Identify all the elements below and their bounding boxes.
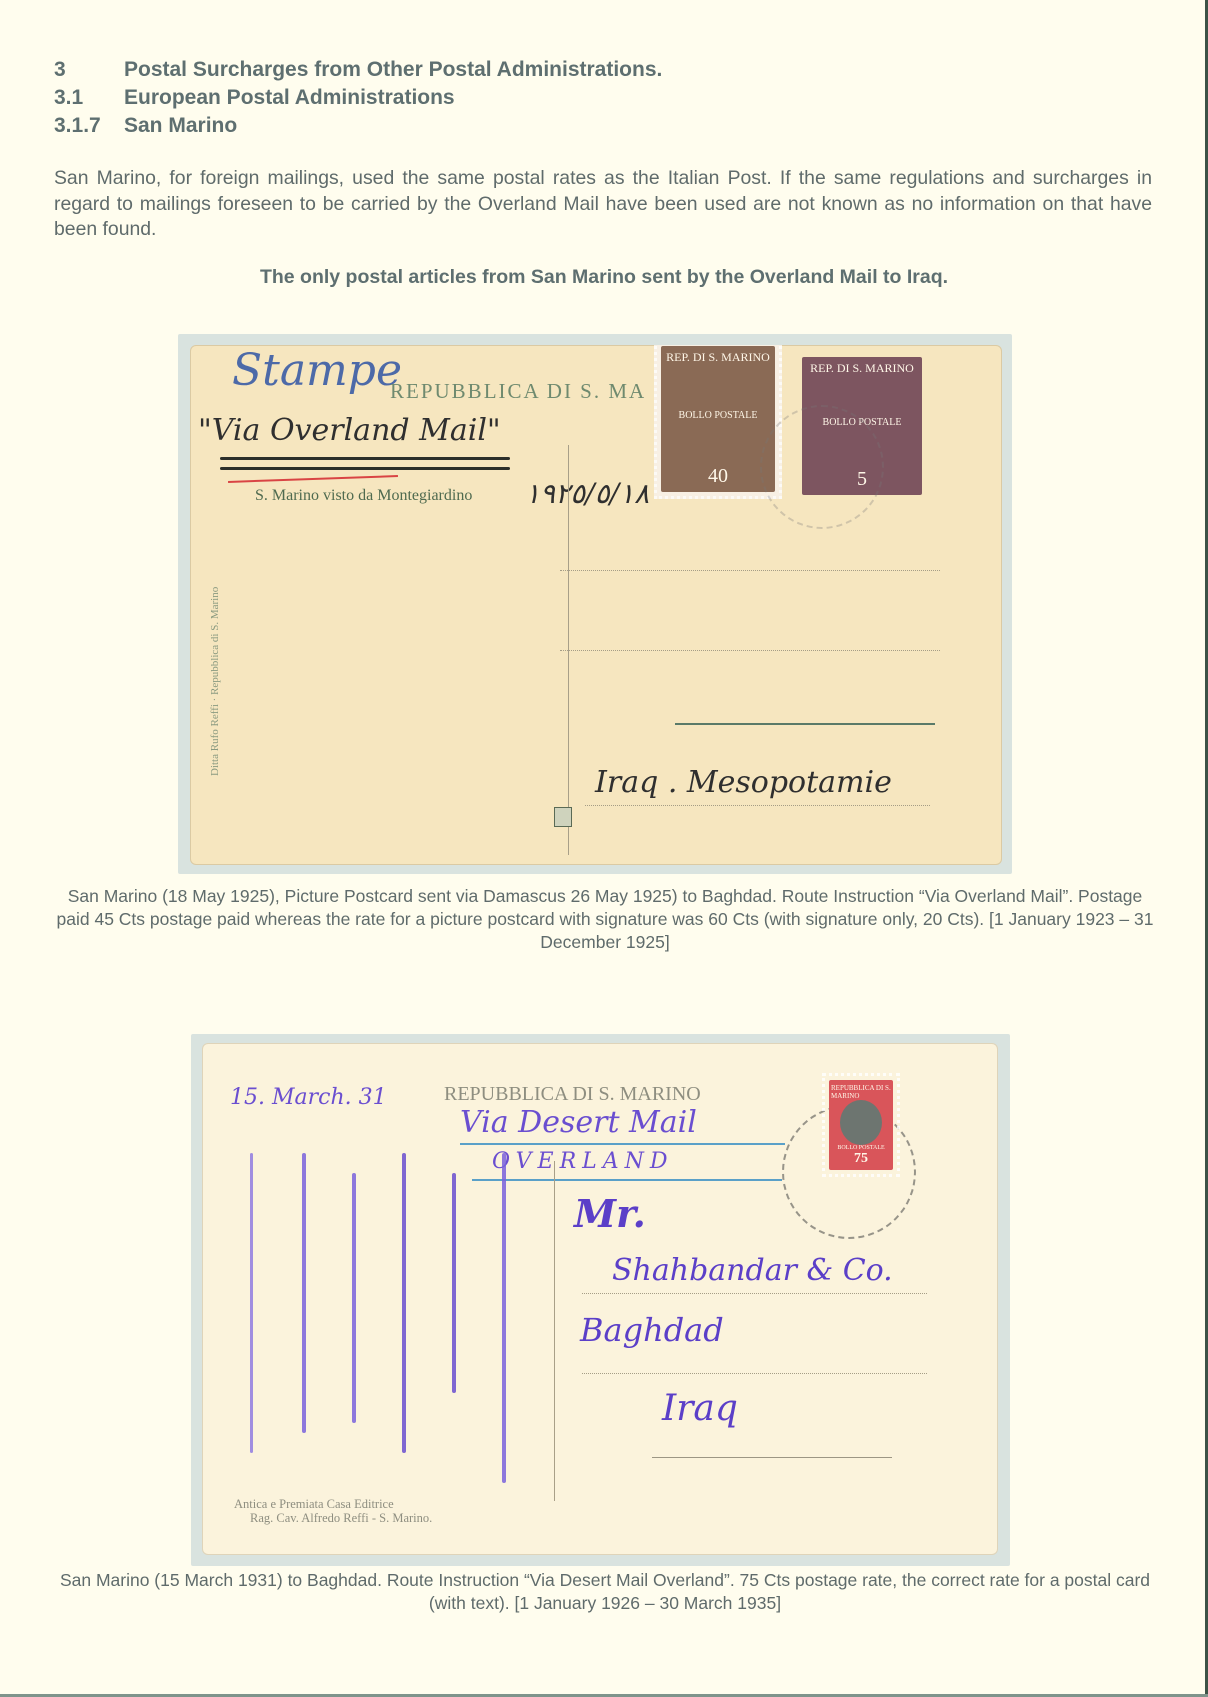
underline-red <box>228 475 398 483</box>
stamp-label: BOLLO POSTALE <box>679 410 758 421</box>
postcard-1931: REPUBBLICA DI S. MARINO 15. March. 31 Vi… <box>202 1043 998 1555</box>
printed-header: REPUBBLICA DI S. MA <box>390 379 646 404</box>
address-line-solid <box>675 723 935 725</box>
underline-black-1 <box>220 457 510 460</box>
handwritten-address-4: Iraq <box>662 1388 738 1429</box>
section-heading-3-1: 3.1European Postal Administrations <box>54 86 455 110</box>
stamp-country: REPUBBLICA DI S. MARINO <box>831 1084 891 1100</box>
section-title: Postal Surcharges from Other Postal Admi… <box>124 58 662 81</box>
handwritten-route-instruction: "Via Overland Mail" <box>198 413 501 448</box>
stamp-value: 75 <box>854 1151 868 1167</box>
handwritten-date: 15. March. 31 <box>230 1085 387 1110</box>
section-number: 3 <box>54 58 124 82</box>
stamp-75-cent: REPUBBLICA DI S. MARINO BOLLO POSTALE 75 <box>822 1073 900 1177</box>
address-divider <box>554 1161 555 1501</box>
handwritten-message <box>242 1153 532 1513</box>
handwritten-destination: Iraq . Mesopotamie <box>595 765 892 800</box>
address-line-solid <box>652 1457 892 1458</box>
printed-side-text: Ditta Rufo Reffi · Repubblica di S. Mari… <box>209 526 221 776</box>
section-heading-3-1-7: 3.1.7San Marino <box>54 114 237 138</box>
postmark-icon <box>760 405 884 529</box>
handwritten-address-3: Baghdad <box>580 1311 724 1349</box>
exhibit-subtitle: The only postal articles from San Marino… <box>0 266 1208 289</box>
postcard-1-caption: San Marino (18 May 1925), Picture Postca… <box>50 885 1160 954</box>
handwritten-address-1: Mr. <box>574 1191 646 1236</box>
printer-logo-icon <box>554 807 572 827</box>
underline-blue-1 <box>460 1143 785 1145</box>
stamp-country: REP. DI S. MARINO <box>810 361 914 376</box>
postcard-2-caption: San Marino (15 March 1931) to Baghdad. R… <box>50 1569 1160 1615</box>
address-line <box>560 650 940 651</box>
address-line <box>582 1373 927 1374</box>
printed-header: REPUBBLICA DI S. MARINO <box>444 1083 701 1106</box>
handwritten-route-1: Via Desert Mail <box>460 1105 697 1140</box>
stamp-vignette <box>840 1100 882 1145</box>
stamp-country: REP. DI S. MARINO <box>666 350 770 365</box>
handwritten-stampe: Stampe <box>232 345 402 396</box>
stamp-value: 40 <box>708 465 728 488</box>
section-number: 3.1.7 <box>54 114 124 138</box>
address-line <box>585 805 930 806</box>
section-heading-3: 3Postal Surcharges from Other Postal Adm… <box>54 58 662 82</box>
section-number: 3.1 <box>54 86 124 110</box>
section-title: San Marino <box>124 114 237 137</box>
handwritten-date: ١٩٢٥/٥/١٨ <box>525 477 649 510</box>
printed-view-caption: S. Marino visto da Montegiardino <box>255 487 472 505</box>
address-line <box>582 1293 927 1294</box>
printed-imprint-1: Antica e Premiata Casa Editrice <box>234 1497 394 1512</box>
intro-paragraph: San Marino, for foreign mailings, used t… <box>54 166 1152 243</box>
postcard-1925: Stampe REPUBBLICA DI S. MA "Via Overland… <box>190 345 1002 865</box>
section-title: European Postal Administrations <box>124 86 455 109</box>
handwritten-address-2: Shahbandar & Co. <box>612 1253 893 1288</box>
underline-black-2 <box>220 467 510 470</box>
printed-imprint-2: Rag. Cav. Alfredo Reffi - S. Marino. <box>250 1511 432 1526</box>
address-line <box>560 570 940 571</box>
